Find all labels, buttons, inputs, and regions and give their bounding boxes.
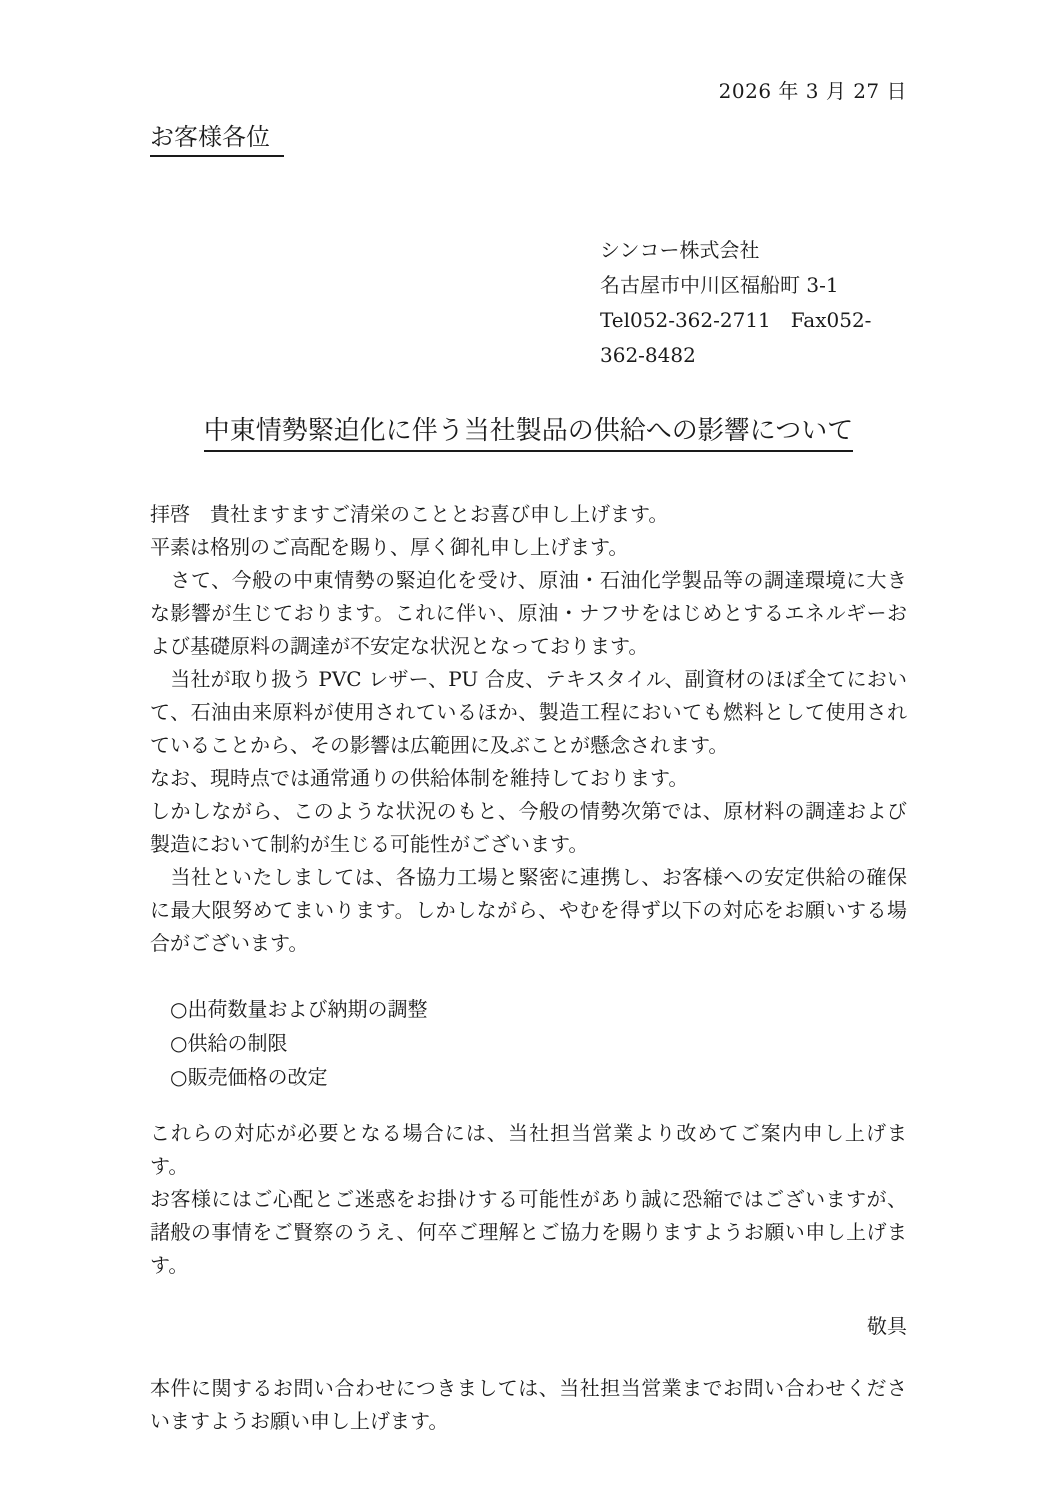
paragraph-thanks: 平素は格別のご高配を賜り、厚く御礼申し上げます。 — [150, 531, 907, 564]
paragraph-notice: これらの対応が必要となる場合には、当社担当営業より改めてご案内申し上げます。 — [150, 1117, 907, 1183]
letter-date: 2026 年 3 月 27 日 — [150, 78, 907, 104]
paragraph-apology: お客様にはご心配とご迷惑をお掛けする可能性があり誠に恐縮ではございますが、諸般の… — [150, 1183, 907, 1282]
closing-keigu: 敬具 — [150, 1310, 907, 1343]
list-item-shipment-adjustment: ○出荷数量および納期の調整 — [170, 992, 907, 1026]
recipient-salutation: お客様各位 — [150, 122, 284, 157]
title-row: 中東情勢緊迫化に伴う当社製品の供給への影響について — [150, 415, 907, 452]
sender-address: 名古屋市中川区福船町 3-1 — [600, 268, 907, 303]
sender-tel-fax: Tel052-362-2711 Fax052-362-8482 — [600, 303, 907, 373]
recipient-row: お客様各位 — [150, 122, 907, 157]
paragraph-contact: 本件に関するお問い合わせにつきましては、当社担当営業までお問い合わせくださいます… — [150, 1372, 907, 1438]
letter-title: 中東情勢緊迫化に伴う当社製品の供給への影響について — [204, 415, 853, 452]
list-item-price-revision: ○販売価格の改定 — [170, 1060, 907, 1094]
letter-body: 拝啓 貴社ますますご清栄のこととお喜び申し上げます。 平素は格別のご高配を賜り、… — [150, 498, 907, 1438]
letter-page: 2026 年 3 月 27 日 お客様各位 シンコー株式会社 名古屋市中川区福船… — [0, 0, 1058, 1497]
sender-block: シンコー株式会社 名古屋市中川区福船町 3-1 Tel052-362-2711 … — [600, 233, 907, 373]
paragraph-possible-constraints: しかしながら、このような状況のもと、今般の情勢次第では、原材料の調達および製造に… — [150, 795, 907, 861]
paragraph-greeting: 拝啓 貴社ますますご清栄のこととお喜び申し上げます。 — [150, 498, 907, 531]
paragraph-products: 当社が取り扱う PVC レザー、PU 合皮、テキスタイル、副資材のほぼ全てにおい… — [150, 663, 907, 762]
paragraph-situation: さて、今般の中東情勢の緊迫化を受け、原油・石油化学製品等の調達環境に大きな影響が… — [150, 564, 907, 663]
paragraph-efforts: 当社といたしましては、各協力工場と緊密に連携し、お客様への安定供給の確保に最大限… — [150, 861, 907, 960]
list-item-supply-limit: ○供給の制限 — [170, 1026, 907, 1060]
sender-company-name: シンコー株式会社 — [600, 233, 907, 268]
measures-list: ○出荷数量および納期の調整 ○供給の制限 ○販売価格の改定 — [150, 992, 907, 1094]
paragraph-current-supply: なお、現時点では通常通りの供給体制を維持しております。 — [150, 762, 907, 795]
